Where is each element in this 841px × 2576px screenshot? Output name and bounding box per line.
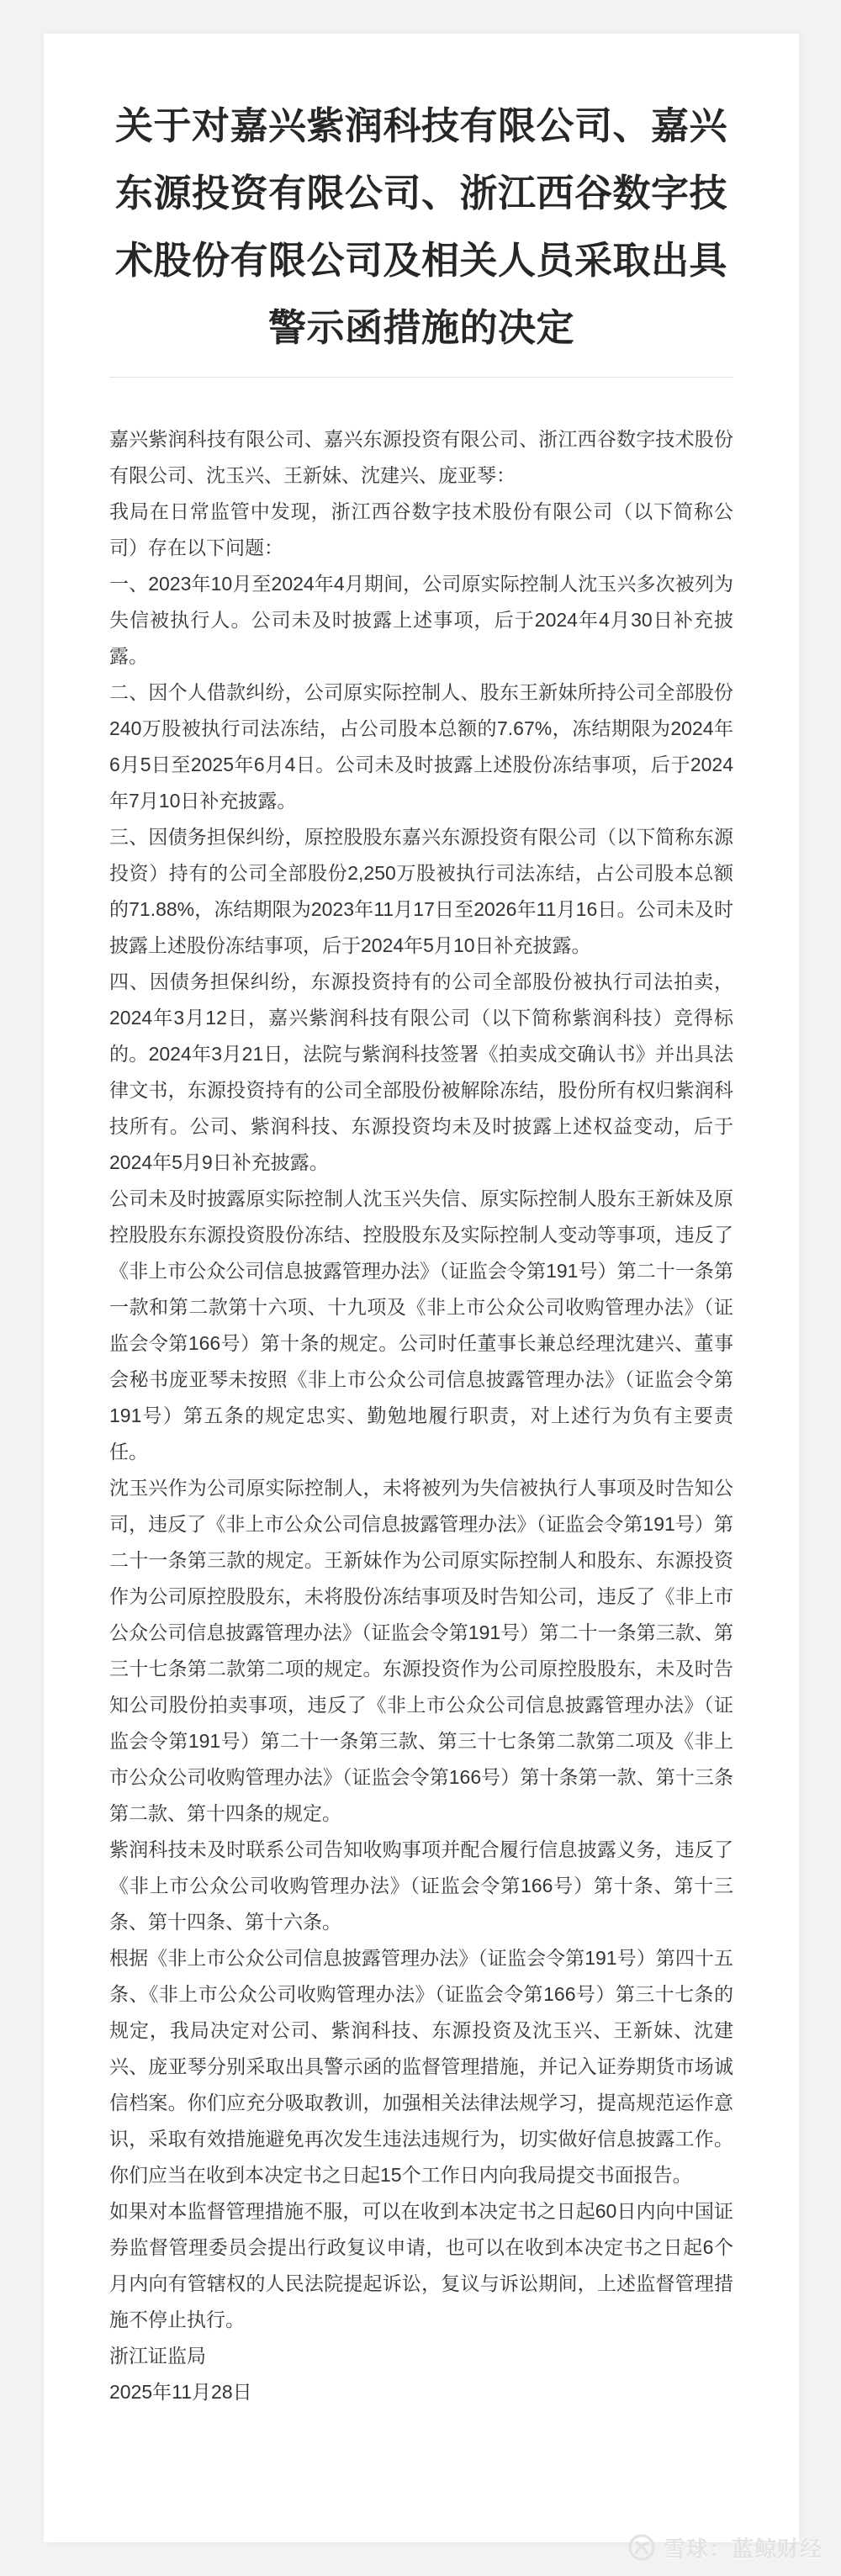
document-card: 关于对嘉兴紫润科技有限公司、嘉兴东源投资有限公司、浙江西谷数字技术股份有限公司及… <box>44 34 799 2542</box>
document-paragraph: 我局在日常监管中发现，浙江西谷数字技术股份有限公司（以下简称公司）存在以下问题： <box>109 494 733 566</box>
document-body: 嘉兴紫润科技有限公司、嘉兴东源投资有限公司、浙江西谷数字技术股份有限公司、沈玉兴… <box>109 421 733 2410</box>
title-divider <box>109 377 733 378</box>
document-paragraph: 紫润科技未及时联系公司告知收购事项并配合履行信息披露义务，违反了《非上市公众公司… <box>109 1832 733 1940</box>
document-paragraph: 嘉兴紫润科技有限公司、嘉兴东源投资有限公司、浙江西谷数字技术股份有限公司、沈玉兴… <box>109 421 733 494</box>
document-paragraph: 根据《非上市公众公司信息披露管理办法》（证监会令第191号）第四十五条、《非上市… <box>109 1940 733 2193</box>
document-paragraph: 三、因债务担保纠纷，原控股股东嘉兴东源投资有限公司（以下简称东源投资）持有的公司… <box>109 819 733 964</box>
document-paragraph: 沈玉兴作为公司原实际控制人，未将被列为失信被执行人事项及时告知公司，违反了《非上… <box>109 1470 733 1832</box>
document-paragraph: 浙江证监局 <box>109 2338 733 2374</box>
document-title: 关于对嘉兴紫润科技有限公司、嘉兴东源投资有限公司、浙江西谷数字技术股份有限公司及… <box>109 93 733 362</box>
document-paragraph: 一、2023年10月至2024年4月期间，公司原实际控制人沈玉兴多次被列为失信被… <box>109 566 733 674</box>
document-paragraph: 四、因债务担保纠纷，东源投资持有的公司全部股份被执行司法拍卖，2024年3月12… <box>109 964 733 1181</box>
document-paragraph: 二、因个人借款纠纷，公司原实际控制人、股东王新妹所持公司全部股份240万股被执行… <box>109 674 733 819</box>
document-paragraph: 2025年11月28日 <box>109 2374 733 2410</box>
document-paragraph: 如果对本监督管理措施不服，可以在收到本决定书之日起60日内向中国证券监督管理委员… <box>109 2193 733 2338</box>
document-paragraph: 公司未及时披露原实际控制人沈玉兴失信、原实际控制人股东王新妹及原控股股东东源投资… <box>109 1181 733 1470</box>
